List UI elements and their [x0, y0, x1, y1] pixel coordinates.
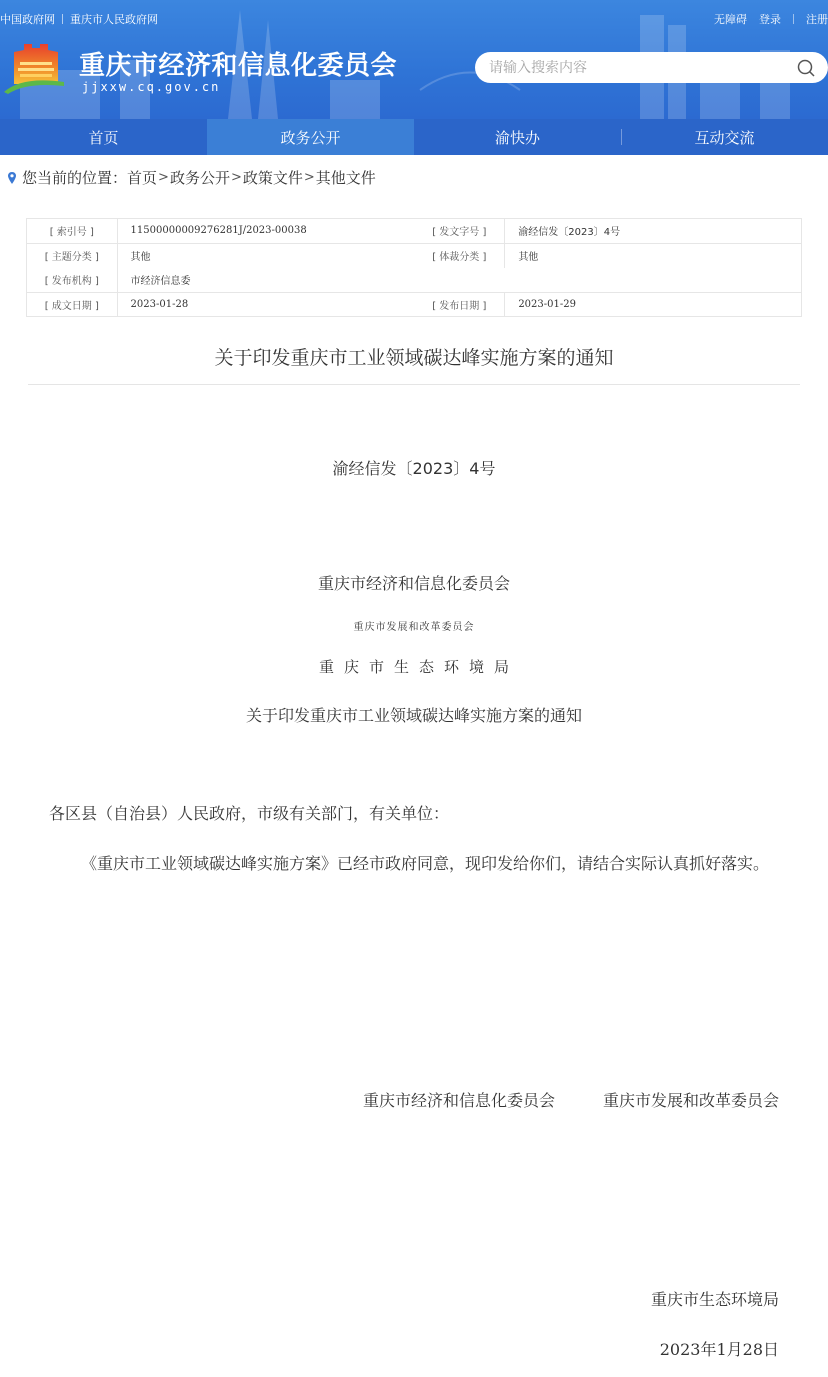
nav-item-label: 互动交流	[694, 127, 754, 148]
signature-row: 重庆市经济和信息化委员会 重庆市发展和改革委员会	[363, 1088, 779, 1111]
document-title: 关于印发重庆市工业领域碳达峰实施方案的通知	[0, 343, 828, 370]
meta-label-publish-date: [ 发布日期 ]	[414, 292, 505, 317]
signature-development-reform-commission: 重庆市发展和改革委员会	[603, 1088, 779, 1111]
meta-label-index: [ 索引号 ]	[27, 219, 118, 244]
meta-label-publisher: [ 发布机构 ]	[27, 268, 118, 293]
login-link[interactable]: 登录	[759, 11, 781, 27]
site-logo-icon[interactable]	[2, 40, 66, 96]
breadcrumb-prefix: 您当前的位置：	[22, 167, 127, 188]
meta-label-doc-number: [ 发文字号 ]	[414, 219, 505, 244]
search-box	[475, 52, 828, 83]
breadcrumb-policy-files[interactable]: 政策文件	[243, 167, 303, 188]
breadcrumb: 您当前的位置： 首页 > 政务公开 > 政策文件 > 其他文件	[7, 167, 376, 188]
meta-label-empty	[414, 268, 505, 293]
nav-divider	[621, 129, 622, 145]
top-links-right: 无障碍 登录 注册	[702, 11, 828, 27]
link-chongqing-gov[interactable]: 重庆市人民政府网	[70, 11, 158, 27]
divider	[793, 14, 794, 24]
main-nav: 首页 政务公开 渝快办 互动交流	[0, 119, 828, 155]
nav-item-interaction[interactable]: 互动交流	[621, 119, 828, 155]
nav-item-label: 政务公开	[280, 127, 340, 148]
meta-row: [ 成文日期 ] 2023-01-28 [ 发布日期 ] 2023-01-29	[27, 292, 802, 317]
meta-row: [ 发布机构 ] 市经济信息委	[27, 268, 802, 293]
nav-item-yukuaiban[interactable]: 渝快办	[414, 119, 621, 155]
meta-value-doc-number: 渝经信发〔2023〕4号	[505, 219, 802, 244]
issuer-economy-info-commission: 重庆市经济和信息化委员会	[0, 571, 828, 594]
location-pin-icon	[7, 171, 17, 185]
accessibility-link[interactable]: 无障碍	[714, 11, 747, 27]
meta-row: [ 索引号 ] 11500000009276281J/2023-00038 [ …	[27, 219, 802, 244]
breadcrumb-home[interactable]: 首页	[127, 167, 157, 188]
breadcrumb-separator: >	[158, 170, 169, 185]
title-divider	[28, 384, 800, 385]
nav-item-home[interactable]: 首页	[0, 119, 207, 155]
meta-label-genre: [ 体裁分类 ]	[414, 243, 505, 268]
meta-row: [ 主题分类 ] 其他 [ 体裁分类 ] 其他	[27, 243, 802, 268]
meta-value-topic: 其他	[117, 243, 414, 268]
document-number: 渝经信发〔2023〕4号	[0, 456, 828, 479]
search-icon[interactable]	[796, 58, 816, 78]
signature-economy-info-commission: 重庆市经济和信息化委员会	[363, 1088, 555, 1111]
nav-item-label: 渝快办	[495, 127, 540, 148]
site-domain: jjxxw.cq.gov.cn	[82, 80, 220, 94]
meta-value-genre: 其他	[505, 243, 802, 268]
issuer-ecology-environment-bureau: 重庆市生态环境局	[0, 656, 828, 677]
nav-item-government-affairs[interactable]: 政务公开	[207, 119, 414, 155]
breadcrumb-separator: >	[304, 170, 315, 185]
nav-item-label: 首页	[88, 127, 118, 148]
register-link[interactable]: 注册	[806, 11, 828, 27]
top-links-left: 中国政府网 重庆市人民政府网	[0, 11, 158, 27]
meta-value-index: 11500000009276281J/2023-00038	[117, 219, 414, 244]
meta-value-written-date: 2023-01-28	[117, 292, 414, 317]
meta-value-empty	[505, 268, 802, 293]
signature-ecology-environment-bureau: 重庆市生态环境局	[651, 1287, 779, 1310]
link-china-gov[interactable]: 中国政府网	[0, 11, 55, 27]
issuer-development-reform-commission: 重庆市发展和改革委员会	[0, 618, 828, 633]
meta-value-publisher: 市经济信息委	[117, 268, 414, 293]
site-header: 中国政府网 重庆市人民政府网 无障碍 登录 注册 重庆市经济和信息化委员会 jj…	[0, 0, 828, 119]
breadcrumb-other-files[interactable]: 其他文件	[316, 167, 376, 188]
meta-label-written-date: [ 成文日期 ]	[27, 292, 118, 317]
search-input[interactable]	[489, 60, 796, 76]
meta-value-publish-date: 2023-01-29	[505, 292, 802, 317]
document-meta-table: [ 索引号 ] 11500000009276281J/2023-00038 [ …	[26, 218, 802, 317]
document-salutation: 各区县（自治县）人民政府，市级有关部门，有关单位：	[49, 791, 789, 837]
document-subtitle: 关于印发重庆市工业领域碳达峰实施方案的通知	[0, 703, 828, 726]
meta-label-topic: [ 主题分类 ]	[27, 243, 118, 268]
document-body: 《重庆市工业领域碳达峰实施方案》已经市政府同意，现印发给你们，请结合实际认真抓好…	[49, 841, 789, 887]
breadcrumb-government-affairs[interactable]: 政务公开	[170, 167, 230, 188]
breadcrumb-separator: >	[231, 170, 242, 185]
site-title[interactable]: 重庆市经济和信息化委员会	[79, 45, 397, 82]
document-date: 2023年1月28日	[660, 1337, 779, 1360]
divider	[62, 14, 63, 24]
